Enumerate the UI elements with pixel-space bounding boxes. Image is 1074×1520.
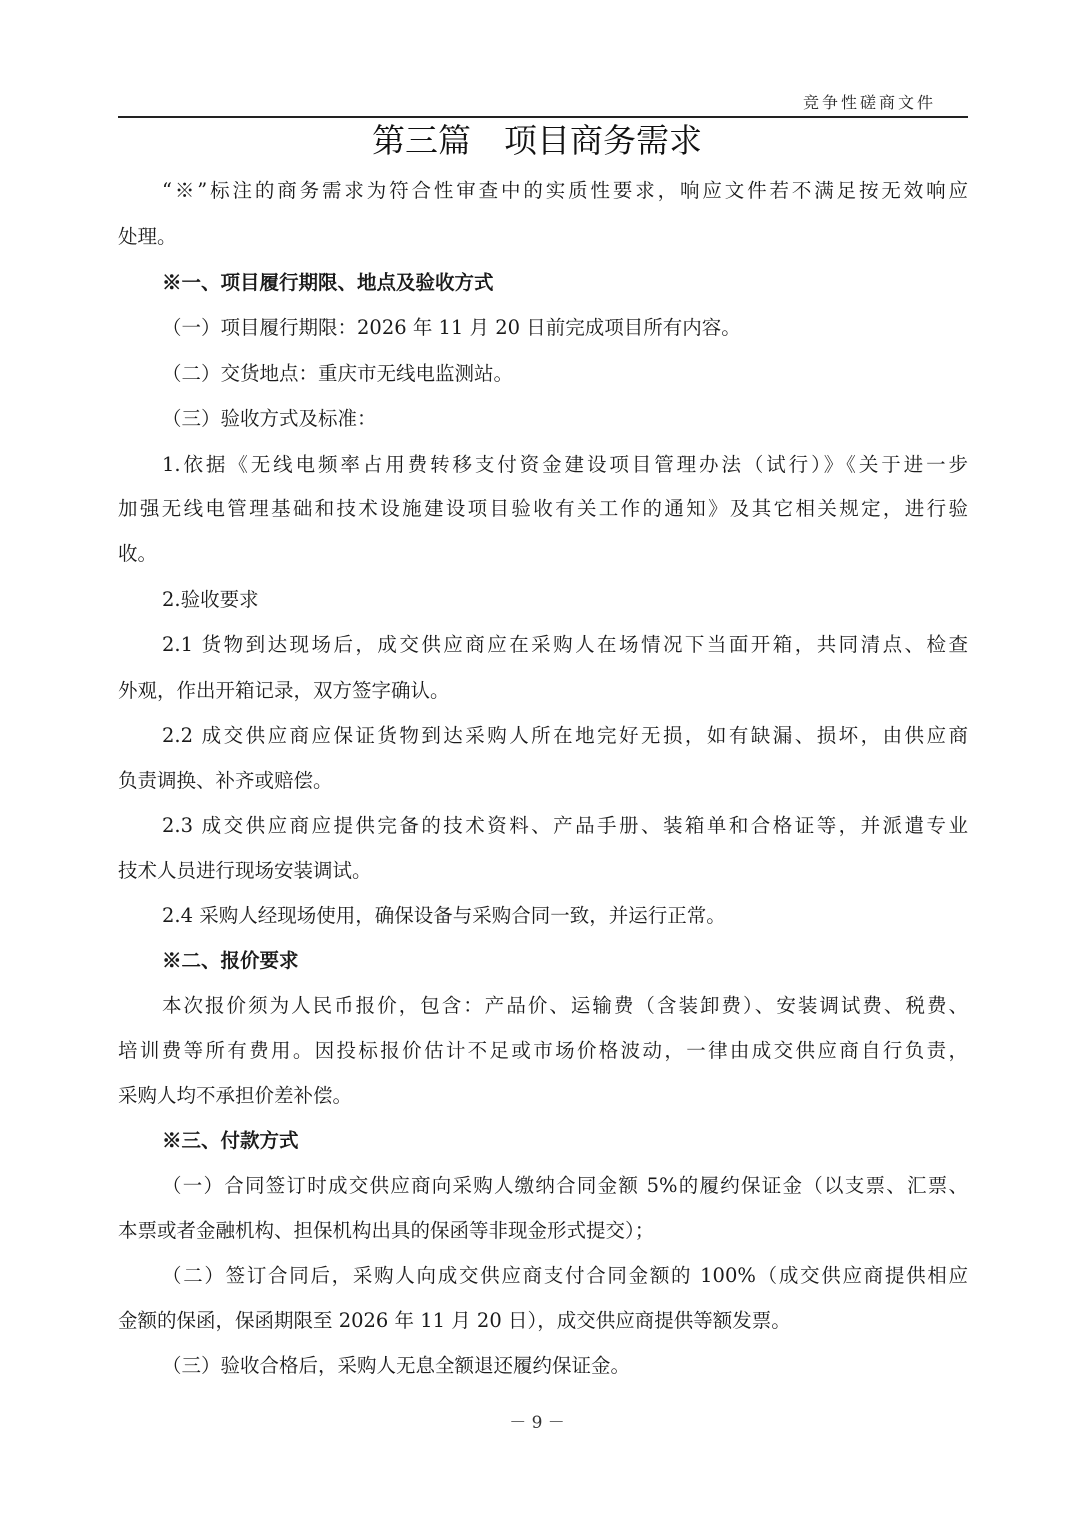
paragraph-line: 培训费等所有费用。因投标报价估计不足或市场价格波动，一律由成交供应商自行负责， xyxy=(118,1038,968,1064)
paragraph-line: 采购人均不承担价差补偿。 xyxy=(118,1083,352,1109)
page-number: － 9 － xyxy=(0,1408,1074,1433)
intro-paragraph-line: 处理。 xyxy=(118,224,177,250)
section-heading: ※二、报价要求 xyxy=(162,948,299,974)
list-item-line: 金额的保函，保函期限至 2026 年 11 月 20 日），成交供应商提供等额发… xyxy=(118,1308,791,1334)
running-header: 竞争性磋商文件 xyxy=(803,90,936,113)
intro-paragraph-line: “※”标注的商务需求为符合性审查中的实质性要求，响应文件若不满足按无效响应 xyxy=(162,178,968,204)
list-item-line: （三）验收合格后，采购人无息全额退还履约保证金。 xyxy=(162,1353,630,1379)
clause-line: 2.1 货物到达现场后，成交供应商应在采购人在场情况下当面开箱，共同清点、检查 xyxy=(162,632,968,658)
paragraph-line: 本次报价须为人民币报价，包含：产品价、运输费（含装卸费）、安装调试费、税费、 xyxy=(162,993,968,1019)
clause-line: 技术人员进行现场安装调试。 xyxy=(118,858,372,884)
page-title: 第三篇 项目商务需求 xyxy=(0,118,1074,164)
list-item-line: （二）签订合同后，采购人向成交供应商支付合同金额的 100%（成交供应商提供相应 xyxy=(162,1263,968,1289)
section-heading: ※一、项目履行期限、地点及验收方式 xyxy=(162,270,494,296)
clause-title: 2.验收要求 xyxy=(162,587,259,613)
clause-line: 2.4 采购人经现场使用，确保设备与采购合同一致，并运行正常。 xyxy=(162,903,726,929)
section-heading: ※三、付款方式 xyxy=(162,1128,299,1154)
clause-line: 收。 xyxy=(118,541,157,567)
clause-line: 1.依据《无线电频率占用费转移支付资金建设项目管理办法（试行）》《关于进一步 xyxy=(162,452,968,478)
clause-line: 负责调换、补齐或赔偿。 xyxy=(118,768,333,794)
clause-line: 2.2 成交供应商应保证货物到达采购人所在地完好无损，如有缺漏、损坏，由供应商 xyxy=(162,723,968,749)
clause-line: 2.3 成交供应商应提供完备的技术资料、产品手册、装箱单和合格证等，并派遣专业 xyxy=(162,813,968,839)
list-item: （二）交货地点：重庆市无线电监测站。 xyxy=(162,361,513,387)
clause-line: 加强无线电管理基础和技术设施建设项目验收有关工作的通知》及其它相关规定，进行验 xyxy=(118,496,968,522)
list-item-line: （一）合同签订时成交供应商向采购人缴纳合同金额 5%的履约保证金（以支票、汇票、 xyxy=(162,1173,968,1199)
clause-line: 外观，作出开箱记录，双方签字确认。 xyxy=(118,678,450,704)
list-item: （三）验收方式及标准： xyxy=(162,406,377,432)
list-item-line: 本票或者金融机构、担保机构出具的保函等非现金形式提交）； xyxy=(118,1218,654,1244)
list-item: （一）项目履行期限：2026 年 11 月 20 日前完成项目所有内容。 xyxy=(162,315,741,341)
document-page: 竞争性磋商文件 第三篇 项目商务需求 “※”标注的商务需求为符合性审查中的实质性… xyxy=(0,0,1074,1520)
